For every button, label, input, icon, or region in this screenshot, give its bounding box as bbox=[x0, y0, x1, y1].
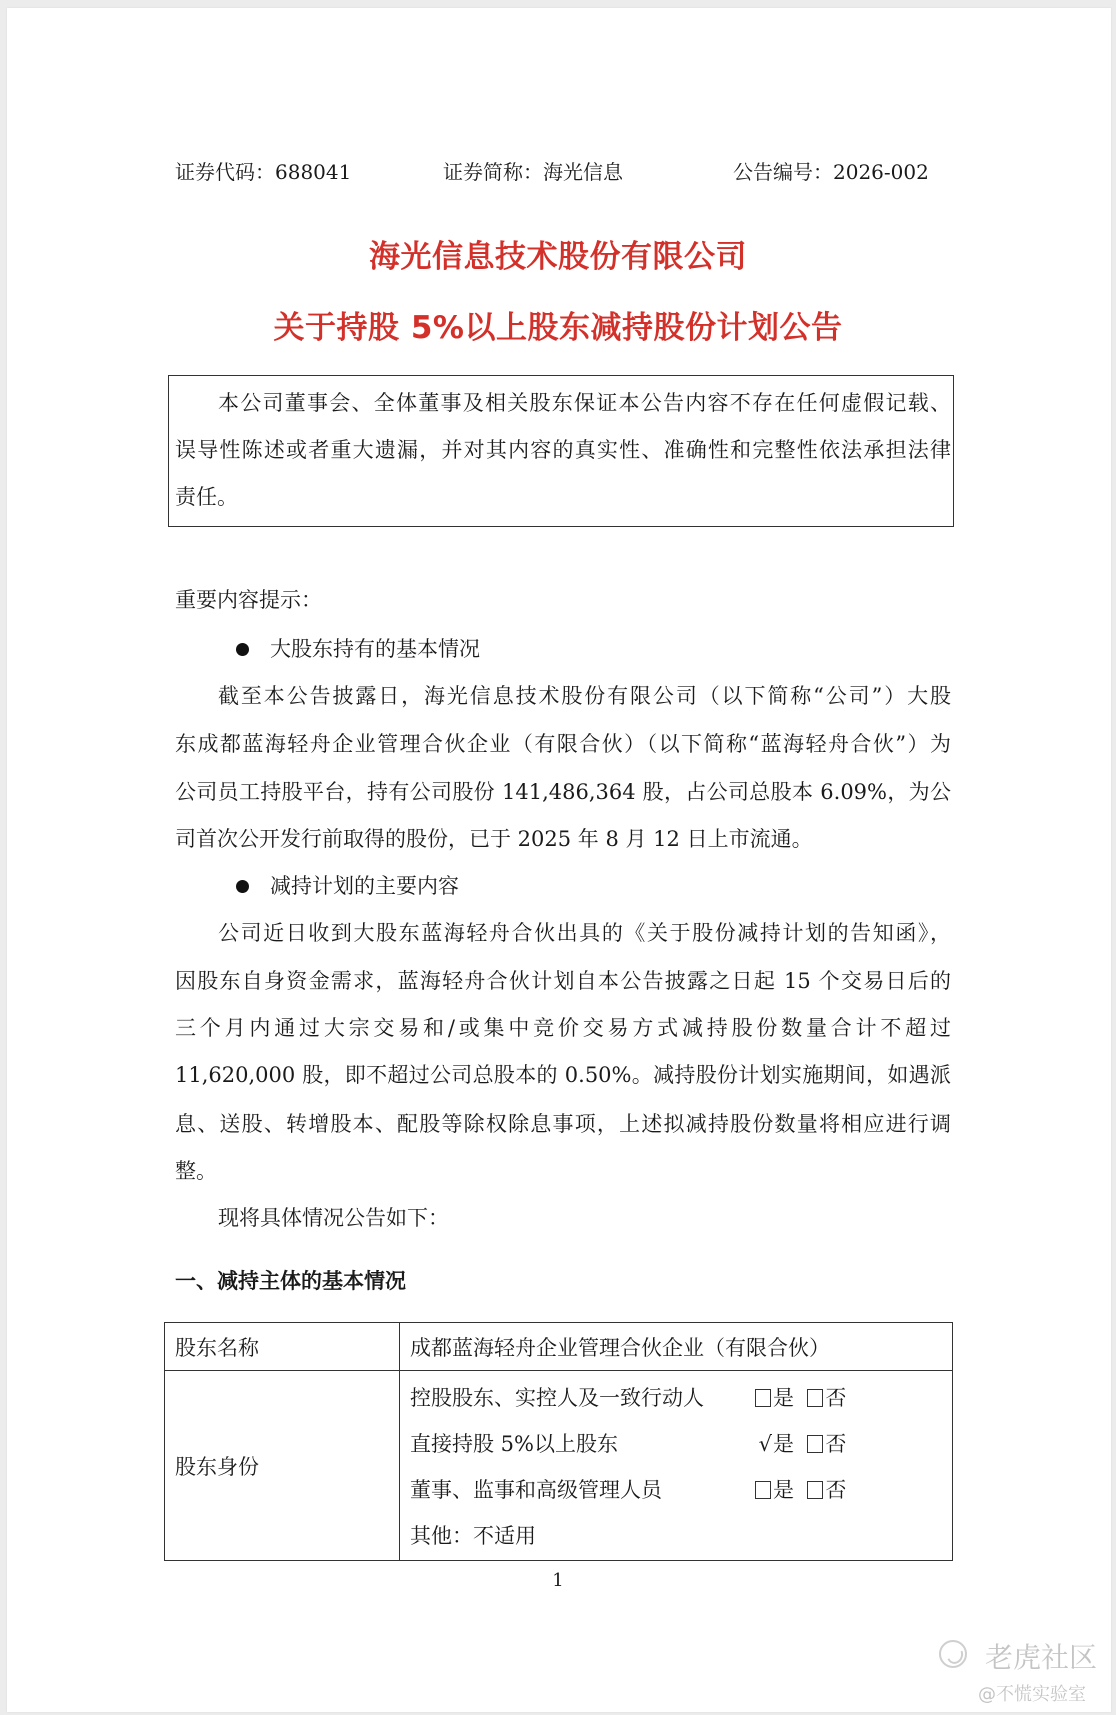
checkbox-unchecked-icon bbox=[755, 1481, 771, 1499]
shareholder-info-table: 股东名称 成都蓝海轻舟企业管理合伙企业（有限合伙） 股东身份 控股股东、实控人及… bbox=[164, 1322, 953, 1561]
yes-label: 是 bbox=[773, 1478, 794, 1502]
watermark-handle: @不慌实验室 bbox=[978, 1680, 1086, 1706]
identity-option: 控股股东、实控人及一致行动人 是 否 bbox=[410, 1374, 942, 1420]
paragraph-line: 截至本公告披露日，海光信息技术股份有限公司（以下简称“公司”）大股 bbox=[218, 681, 951, 711]
key-points-heading: 重要内容提示： bbox=[175, 577, 322, 624]
announcement-number: 公告编号：2026-002 bbox=[733, 158, 929, 186]
paragraph-line: 11,620,000 股，即不超过公司总股本的 0.50%。减持股份计划实施期间… bbox=[175, 1060, 951, 1090]
paragraph-line: 公司近日收到大股东蓝海轻舟合伙出具的《关于股份减持计划的告知函》， bbox=[218, 918, 951, 948]
identity-label: 控股股东、实控人及一致行动人 bbox=[410, 1382, 755, 1412]
yes-label: 是 bbox=[773, 1386, 794, 1410]
checkbox-unchecked-icon bbox=[807, 1435, 823, 1453]
no-label: 否 bbox=[825, 1386, 846, 1410]
identity-other-label: 其他：不适用 bbox=[410, 1520, 536, 1550]
identity-label: 直接持股 5%以上股东 bbox=[410, 1428, 755, 1458]
security-code: 证券代码：688041 bbox=[175, 158, 351, 186]
table-row: 股东身份 控股股东、实控人及一致行动人 是 否 直接持股 5%以上股东 √是 否… bbox=[165, 1371, 953, 1561]
paragraph-line: 三个月内通过大宗交易和/或集中竞价交易方式减持股份数量合计不超过 bbox=[175, 1013, 951, 1043]
table-cell-value: 成都蓝海轻舟企业管理合伙企业（有限合伙） bbox=[400, 1323, 953, 1371]
paragraph-line: 司首次公开发行前取得的股份，已于 2025 年 8 月 12 日上市流通。 bbox=[175, 824, 951, 854]
checkbox-unchecked-icon bbox=[755, 1389, 771, 1407]
paragraph-line: 东成都蓝海轻舟企业管理合伙企业（有限合伙）（以下简称“蓝海轻舟合伙”）为 bbox=[175, 729, 951, 759]
page-number: 1 bbox=[0, 1570, 1116, 1591]
security-name: 证券简称：海光信息 bbox=[443, 158, 623, 186]
table-row: 股东名称 成都蓝海轻舟企业管理合伙企业（有限合伙） bbox=[165, 1323, 953, 1371]
watermark-brand: 老虎社区 bbox=[985, 1636, 1097, 1676]
disclaimer-line: 误导性陈述或者重大遗漏，并对其内容的真实性、准确性和完整性依法承担法律 bbox=[175, 435, 951, 465]
table-cell-label: 股东名称 bbox=[165, 1323, 400, 1371]
tiger-community-logo-icon bbox=[939, 1640, 967, 1668]
no-label: 否 bbox=[825, 1478, 846, 1502]
table-cell-label: 股东身份 bbox=[165, 1371, 400, 1561]
identity-option: 直接持股 5%以上股东 √是 否 bbox=[410, 1420, 942, 1466]
bullet-icon bbox=[236, 643, 249, 656]
checkmark-icon: √ bbox=[755, 1432, 772, 1456]
announcement-title: 关于持股 5%以上股东减持股份计划公告 bbox=[0, 308, 1116, 348]
paragraph-line: 整。 bbox=[175, 1156, 951, 1186]
closing-line: 现将具体情况公告如下： bbox=[218, 1195, 449, 1242]
identity-cell: 控股股东、实控人及一致行动人 是 否 直接持股 5%以上股东 √是 否 董事、监… bbox=[400, 1371, 953, 1561]
identity-option: 董事、监事和高级管理人员 是 否 bbox=[410, 1466, 942, 1512]
paragraph-line: 息、送股、转增股本、配股等除权除息事项，上述拟减持股份数量将相应进行调 bbox=[175, 1109, 951, 1139]
no-label: 否 bbox=[825, 1432, 846, 1456]
checkbox-unchecked-icon bbox=[807, 1481, 823, 1499]
bullet-title-plan: 减持计划的主要内容 bbox=[270, 863, 459, 910]
bullet-icon bbox=[236, 880, 249, 893]
bullet-title-holding: 大股东持有的基本情况 bbox=[270, 626, 480, 673]
checkbox-unchecked-icon bbox=[807, 1389, 823, 1407]
disclaimer-line: 责任。 bbox=[175, 482, 951, 512]
paragraph-line: 公司员工持股平台，持有公司股份 141,486,364 股，占公司总股本 6.0… bbox=[175, 777, 951, 807]
yes-label: 是 bbox=[773, 1432, 794, 1456]
identity-other: 其他：不适用 bbox=[410, 1512, 942, 1558]
company-title: 海光信息技术股份有限公司 bbox=[0, 237, 1116, 277]
identity-label: 董事、监事和高级管理人员 bbox=[410, 1474, 755, 1504]
paragraph-line: 因股东自身资金需求，蓝海轻舟合伙计划自本公告披露之日起 15 个交易日后的 bbox=[175, 966, 951, 996]
disclaimer-line: 本公司董事会、全体董事及相关股东保证本公告内容不存在任何虚假记载、 bbox=[218, 388, 951, 418]
section-heading: 一、减持主体的基本情况 bbox=[175, 1258, 406, 1305]
